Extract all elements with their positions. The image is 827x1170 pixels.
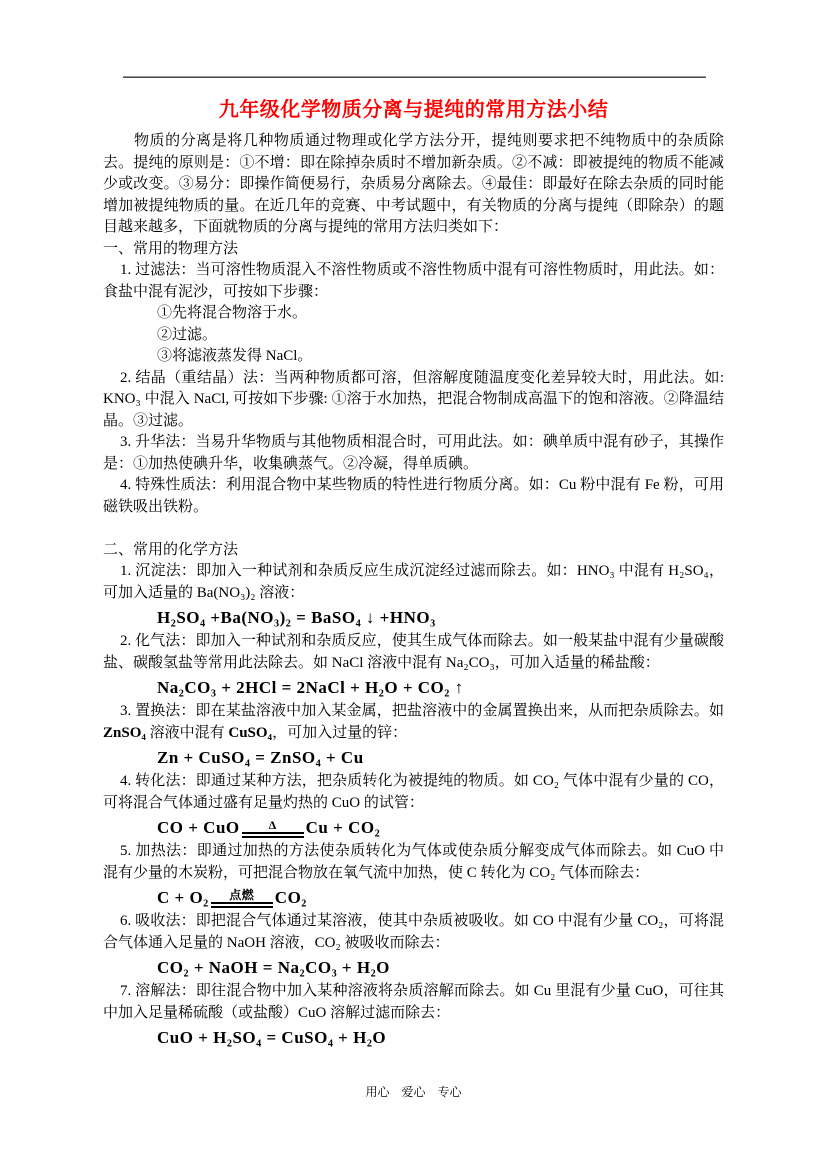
equation-left: CO + CuO [157, 818, 240, 837]
section-heading-physical: 一、常用的物理方法 [103, 239, 724, 261]
item-gasification: 2. 化气法：即加入一种试剂和杂质反应，使其生成气体而除去。如一般某盐中混有少量… [103, 631, 724, 674]
document-page: 九年级化学物质分离与提纯的常用方法小结 物质的分离是将几种物质通过物理或化学方法… [0, 0, 827, 1170]
double-line [211, 902, 273, 908]
filtration-step-dissolve: ①先将混合物溶于水。 [103, 303, 724, 325]
item-special-property: 4. 特殊性质法：利用混合物中某些物质的特性进行物质分离。如：Cu 粉中混有 F… [103, 475, 724, 518]
equation-right: Cu + CO₂ [306, 818, 381, 837]
chem-formula-inline-cuso4: CuSO₄ [228, 725, 272, 741]
equation-conversion: CO + CuOΔCu + CO₂ [103, 816, 724, 839]
section-heading-chemical: 二、常用的化学方法 [103, 540, 724, 562]
text-segment: ，可加入过量的锌： [272, 725, 407, 741]
filtration-step-filter: ②过滤。 [103, 325, 724, 347]
equation-heating: C + O₂点燃CO₂ [103, 886, 724, 909]
chem-formula-inline-znso4: ZnSO₄ [103, 725, 146, 741]
filtration-step-evaporate: ③将滤液蒸发得 NaCl。 [103, 346, 724, 368]
reaction-condition-delta: Δ [242, 819, 304, 832]
item-displacement: 3. 置换法：即在某盐溶液中加入某金属，把盐溶液中的金属置换出来，从而把杂质除去… [103, 701, 724, 744]
document-body: 物质的分离是将几种物质通过物理或化学方法分开，提纯则要求把不纯物质中的杂质除去。… [103, 131, 724, 1049]
item-filtration: 1. 过滤法：当可溶性物质混入不溶性物质或不溶性物质中混有可溶性物质时，用此法。… [103, 260, 724, 303]
equation-right: CO₂ [275, 888, 307, 907]
equation-dissolution: CuO + H₂SO₄ = CuSO₄ + H₂O [103, 1026, 724, 1049]
equation-precipitation: H₂SO₄ +Ba(NO₃)₂ = BaSO₄ ↓ +HNO₃ [103, 606, 724, 629]
page-footer: 用心 爱心 专心 [0, 1084, 827, 1100]
double-line [242, 832, 304, 838]
item-crystallization: 2. 结晶（重结晶）法：当两种物质都可溶，但溶解度随温度变化差异较大时，用此法。… [103, 368, 724, 433]
header-rule [123, 76, 706, 78]
item-precipitation: 1. 沉淀法：即加入一种试剂和杂质反应生成沉淀经过滤而除去。如：HNO₃ 中混有… [103, 561, 724, 604]
text-segment: 溶液中混有 [146, 725, 229, 741]
page-title: 九年级化学物质分离与提纯的常用方法小结 [0, 0, 827, 123]
reaction-condition-wrap: 点燃 [211, 889, 273, 908]
equation-absorption: CO₂ + NaOH = Na₂CO₃ + H₂O [103, 956, 724, 979]
equation-gasification: Na₂CO₃ + 2HCl = 2NaCl + H₂O + CO₂ ↑ [103, 676, 724, 699]
equation-left: C + O₂ [157, 888, 209, 907]
equation-displacement: Zn + CuSO₄ = ZnSO₄ + Cu [103, 746, 724, 769]
item-conversion: 4. 转化法：即通过某种方法，把杂质转化为被提纯的物质。如 CO₂ 气体中混有少… [103, 771, 724, 814]
reaction-condition-wrap: Δ [242, 819, 304, 838]
item-heating: 5. 加热法：即通过加热的方法使杂质转化为气体或使杂质分解变成气体而除去。如 C… [103, 841, 724, 884]
intro-paragraph: 物质的分离是将几种物质通过物理或化学方法分开，提纯则要求把不纯物质中的杂质除去。… [103, 131, 724, 239]
reaction-condition-ignite: 点燃 [211, 889, 273, 902]
item-sublimation: 3. 升华法：当易升华物质与其他物质相混合时，可用此法。如：碘单质中混有砂子，其… [103, 432, 724, 475]
item-absorption: 6. 吸收法：即把混合气体通过某溶液，使其中杂质被吸收。如 CO 中混有少量 C… [103, 911, 724, 954]
text-segment: 3. 置换法：即在某盐溶液中加入某金属，把盐溶液中的金属置换出来，从而把杂质除去… [120, 703, 724, 719]
item-dissolution: 7. 溶解法：即往混合物中加入某种溶液将杂质溶解而除去。如 Cu 里混有少量 C… [103, 981, 724, 1024]
